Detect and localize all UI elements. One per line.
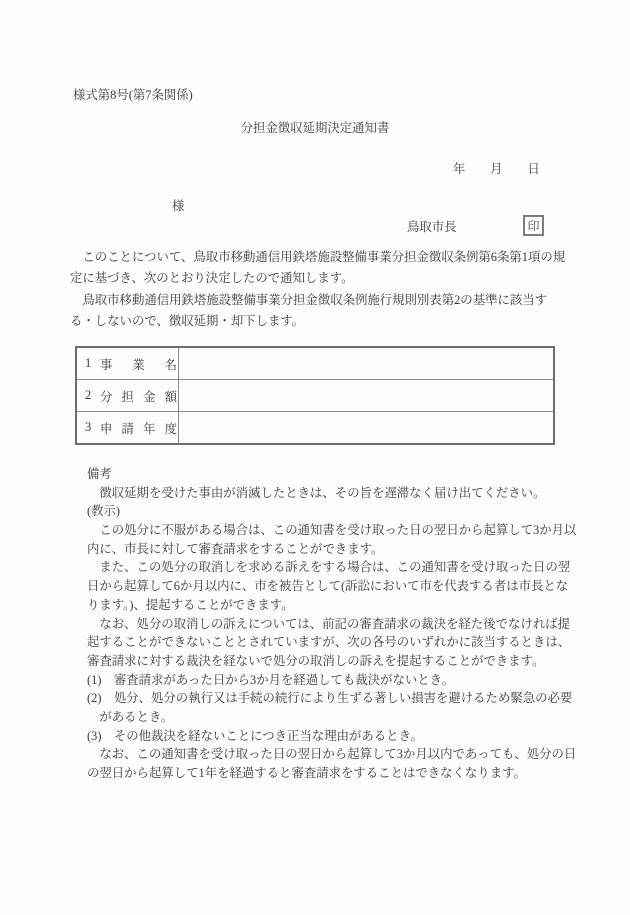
table-row: 2 分担金額 — [76, 380, 554, 412]
body-line: る・しないので、徴収延期・却下します。 — [70, 311, 570, 332]
remarks-line: の翌日から起算して1年を経過すると審査請求をすることはできなくなります。 — [87, 764, 569, 783]
body-paragraph: このことについて、鳥取市移動通信用鉄塔施設整備事業分担金徴収条例第6条第1項の規… — [70, 247, 570, 332]
remarks-line: 日から起算して6か月以内に、市を被告として(訴訟において市を代表する者は市長とな — [87, 577, 569, 596]
row-label: 申請年度 — [100, 419, 177, 437]
row-value-cell — [179, 347, 555, 380]
body-line: 鳥取市移動通信用鉄塔施設整備事業分担金徴収条例施行規則別表第2の基準に該当す — [70, 290, 570, 311]
remarks-line: また、この処分の取消しを求める訴えをする場合は、この通知書を受け取った日の翌 — [87, 558, 569, 577]
seal-box: 印 — [523, 215, 544, 236]
row-label: 事業名 — [100, 355, 177, 373]
document-page: 様式第8号(第7条関係) 分担金徴収延期決定通知書 年 月 日 様 鳥取市長 印… — [0, 0, 630, 915]
form-number: 様式第8号(第7条関係) — [73, 85, 193, 103]
seal-mark: 印 — [527, 217, 539, 234]
body-line: このことについて、鳥取市移動通信用鉄塔施設整備事業分担金徴収条例第6条第1項の規 — [70, 247, 570, 268]
remarks-line: (2) 処分、処分の執行又は手続の続行により生ずる著しい損害を避けるため緊急の必… — [87, 689, 569, 708]
body-line: 定に基づき、次のとおり決定したので通知します。 — [70, 268, 570, 289]
addressee-honorific: 様 — [172, 196, 184, 214]
row-value-cell — [179, 412, 555, 445]
sender-title: 鳥取市長 — [407, 217, 457, 235]
remarks-heading: 備考 — [87, 465, 569, 484]
remarks-line: (教示) — [87, 502, 569, 521]
remarks-section: 備考 徴収延期を受けた事由が消滅したときは、その旨を遅滞なく届け出てください。 … — [87, 465, 569, 783]
row-number: 2 — [85, 388, 100, 403]
remarks-line: なお、処分の取消しの訴えについては、前記の審査請求の裁決を経た後でなければ提 — [87, 615, 569, 634]
remarks-line: 内に、市長に対して審査請求をすることができます。 — [87, 540, 569, 559]
remarks-line: 審査請求に対する裁決を経ないで処分の取消しの訴えを提起することができます。 — [87, 652, 569, 671]
remarks-line: (1) 審査請求があった日から3か月を経過しても裁決がないとき。 — [87, 671, 569, 690]
remarks-line: 起することができないこととされていますが、次の各号のいずれかに該当するときは、 — [87, 633, 569, 652]
row-number: 1 — [85, 356, 100, 371]
row-number: 3 — [85, 420, 100, 435]
remarks-line: この処分に不服がある場合は、この通知書を受け取った日の翌日から起算して3か月以 — [87, 521, 569, 540]
table-row: 3 申請年度 — [76, 412, 554, 445]
row-value-cell — [179, 380, 555, 412]
remarks-line: があるとき。 — [87, 708, 569, 727]
remarks-line: (3) その他裁決を経ないことにつき正当な理由があるとき。 — [87, 727, 569, 746]
date-line: 年 月 日 — [453, 159, 540, 177]
remarks-line: なお、この通知書を受け取った日の翌日から起算して3か月以内であっても、処分の日 — [87, 745, 569, 764]
remarks-line: ります。)、提起することができます。 — [87, 596, 569, 615]
page-title: 分担金徴収延期決定通知書 — [0, 118, 630, 136]
row-label-cell: 2 分担金額 — [76, 380, 179, 412]
row-label: 分担金額 — [100, 387, 177, 405]
row-label-cell: 1 事業名 — [76, 347, 179, 380]
table-row: 1 事業名 — [76, 347, 554, 380]
notice-table: 1 事業名 2 分担金額 3 — [75, 346, 555, 445]
row-label-cell: 3 申請年度 — [76, 412, 179, 445]
remarks-line: 徴収延期を受けた事由が消滅したときは、その旨を遅滞なく届け出てください。 — [87, 484, 569, 503]
